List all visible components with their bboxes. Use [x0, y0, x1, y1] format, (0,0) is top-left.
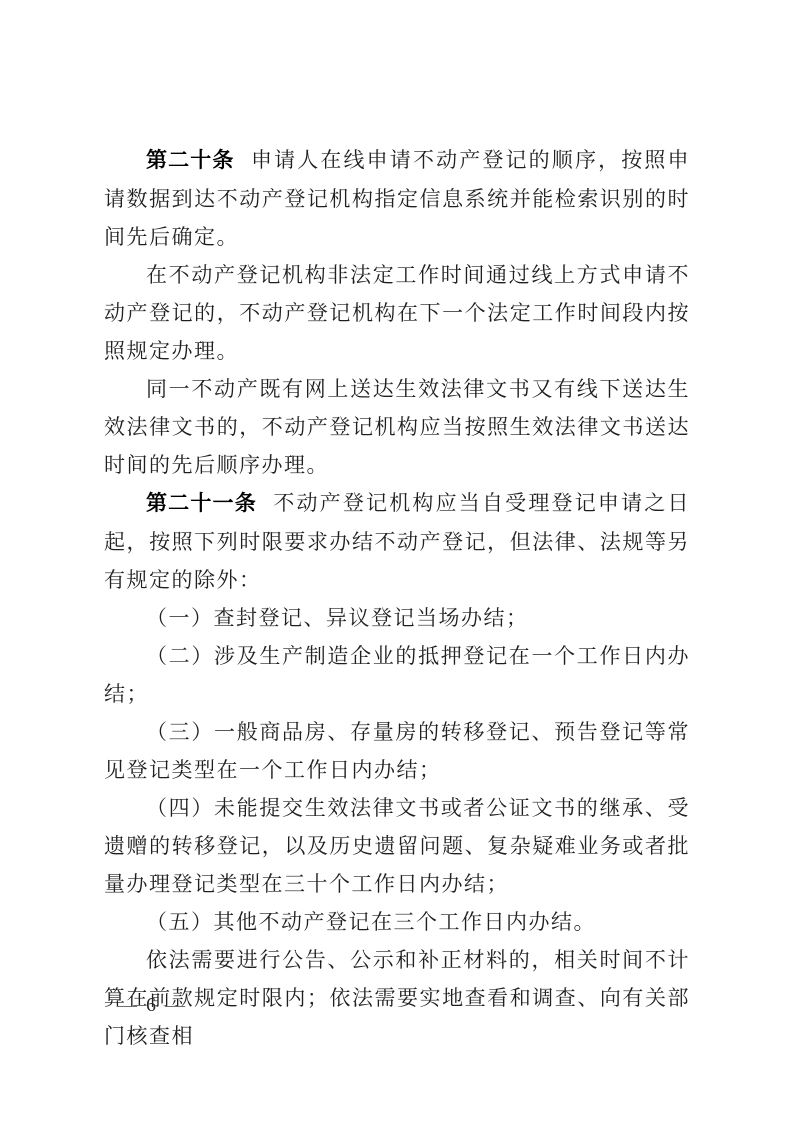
page-footer: — 6 — [117, 993, 185, 1017]
page-number: 6 [146, 993, 156, 1017]
article-number: 第二十一条 [146, 492, 257, 515]
article-number: 第二十条 [146, 149, 235, 172]
paragraph: （一）查封登记、异议登记当场办结； [104, 599, 690, 637]
paragraph-text: 依法需要进行公告、公示和补正材料的，相关时间不计算在前款规定时限内；依法需要实地… [104, 948, 690, 1048]
paragraph-text: 在不动产登记机构非法定工作时间通过线上方式申请不动产登记的，不动产登记机构在下一… [104, 263, 690, 363]
paragraph: 依法需要进行公告、公示和补正材料的，相关时间不计算在前款规定时限内；依法需要实地… [104, 941, 690, 1055]
paragraph-text: 同一不动产既有网上送达生效法律文书又有线下送达生效法律文书的，不动产登记机构应当… [104, 377, 690, 477]
article-paragraph: 第二十条申请人在线申请不动产登记的顺序，按照申请数据到达不动产登记机构指定信息系… [104, 141, 690, 256]
article-paragraph: 第二十一条不动产登记机构应当自受理登记申请之日起，按照下列时限要求办结不动产登记… [104, 484, 690, 599]
paragraph-text: （五）其他不动产登记在三个工作日内办结。 [146, 910, 596, 934]
paragraph-text: （四）未能提交生效法律文书或者公证文书的继承、受遗赠的转移登记，以及历史遗留问题… [104, 796, 690, 896]
paragraph: （五）其他不动产登记在三个工作日内办结。 [104, 903, 690, 941]
paragraph: 在不动产登记机构非法定工作时间通过线上方式申请不动产登记的，不动产登记机构在下一… [104, 256, 690, 370]
paragraph-text: （三）一般商品房、存量房的转移登记、预告登记等常见登记类型在一个工作日内办结； [104, 720, 690, 782]
paragraph: 同一不动产既有网上送达生效法律文书又有线下送达生效法律文书的，不动产登记机构应当… [104, 370, 690, 484]
document-page: 第二十条申请人在线申请不动产登记的顺序，按照申请数据到达不动产登记机构指定信息系… [0, 0, 793, 1122]
paragraph-text: （一）查封登记、异议登记当场办结； [146, 606, 529, 630]
footer-dash-right: — [165, 993, 185, 1017]
paragraph: （四）未能提交生效法律文书或者公证文书的继承、受遗赠的转移登记，以及历史遗留问题… [104, 789, 690, 903]
document-body: 第二十条申请人在线申请不动产登记的顺序，按照申请数据到达不动产登记机构指定信息系… [104, 141, 690, 1055]
paragraph-text: （二）涉及生产制造企业的抵押登记在一个工作日内办结； [104, 644, 690, 706]
paragraph: （二）涉及生产制造企业的抵押登记在一个工作日内办结； [104, 637, 690, 713]
paragraph: （三）一般商品房、存量房的转移登记、预告登记等常见登记类型在一个工作日内办结； [104, 713, 690, 789]
footer-dash-left: — [117, 993, 137, 1017]
